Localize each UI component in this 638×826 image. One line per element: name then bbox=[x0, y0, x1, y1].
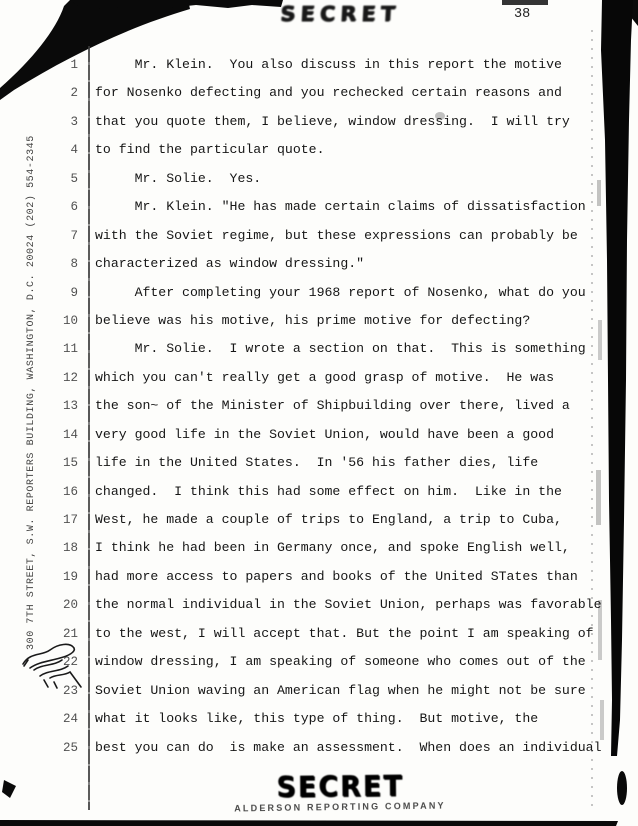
transcript-line: window dressing, I am speaking of someon… bbox=[95, 654, 586, 669]
transcript-line: which you can't really get a good grasp … bbox=[95, 370, 554, 385]
transcript-row: 19had more access to papers and books of… bbox=[58, 562, 628, 590]
transcript-row: 23Soviet Union waving an American flag w… bbox=[58, 676, 628, 704]
transcript-row: 14very good life in the Soviet Union, wo… bbox=[58, 420, 628, 448]
line-number: 4 bbox=[58, 136, 78, 164]
transcript-row: 1 Mr. Klein. You also discuss in this re… bbox=[58, 50, 628, 78]
line-number: 16 bbox=[58, 478, 78, 506]
transcript-line: life in the United States. In '56 his fa… bbox=[95, 455, 538, 470]
transcript-row: 22window dressing, I am speaking of some… bbox=[58, 647, 628, 675]
line-number: 9 bbox=[58, 279, 78, 307]
transcript-row: 9 After completing your 1968 report of N… bbox=[58, 278, 628, 306]
margin-address: 300 7TH STREET, S.W. REPORTERS BUILDING,… bbox=[26, 135, 37, 650]
line-number: 10 bbox=[58, 307, 78, 335]
transcript-row: 3that you quote them, I believe, window … bbox=[58, 107, 628, 135]
line-number: 8 bbox=[58, 250, 78, 278]
line-number: 15 bbox=[58, 449, 78, 477]
scanned-transcript-page: SECRET 38 300 7TH STREET, S.W. REPORTERS… bbox=[0, 0, 638, 826]
line-number: 14 bbox=[58, 421, 78, 449]
transcript-row: 21to the west, I will accept that. But t… bbox=[58, 619, 628, 647]
line-number: 3 bbox=[58, 108, 78, 136]
top-edge-smudge bbox=[502, 0, 548, 5]
transcript-row: 6 Mr. Klein. "He has made certain claims… bbox=[58, 192, 628, 220]
transcript-row: 12which you can't really get a good gras… bbox=[58, 363, 628, 391]
transcript-row: 11 Mr. Solie. I wrote a section on that.… bbox=[58, 334, 628, 362]
line-number: 13 bbox=[58, 392, 78, 420]
line-number: 24 bbox=[58, 705, 78, 733]
line-number: 7 bbox=[58, 222, 78, 250]
line-number: 6 bbox=[58, 193, 78, 221]
bottom-edge-bar bbox=[0, 820, 618, 826]
transcript-row: 4to find the particular quote. bbox=[58, 135, 628, 163]
line-number: 23 bbox=[58, 677, 78, 705]
secret-stamp-top: SECRET bbox=[239, 3, 440, 26]
transcript-body: 1 Mr. Klein. You also discuss in this re… bbox=[58, 50, 628, 761]
line-number: 11 bbox=[58, 335, 78, 363]
transcript-line: to the west, I will accept that. But the… bbox=[95, 626, 594, 641]
transcript-row: 10believe was his motive, his prime moti… bbox=[58, 306, 628, 334]
line-number: 22 bbox=[58, 648, 78, 676]
transcript-row: 13the son~ of the Minister of Shipbuildi… bbox=[58, 391, 628, 419]
line-number: 19 bbox=[58, 563, 78, 591]
transcript-row: 16changed. I think this had some effect … bbox=[58, 477, 628, 505]
transcript-line: Mr. Klein. "He has made certain claims o… bbox=[95, 199, 586, 214]
line-number: 18 bbox=[58, 534, 78, 562]
transcript-line: what it looks like, this type of thing. … bbox=[95, 711, 538, 726]
line-number: 2 bbox=[58, 79, 78, 107]
transcript-line: very good life in the Soviet Union, woul… bbox=[95, 427, 554, 442]
line-number: 1 bbox=[58, 51, 78, 79]
transcript-line: I think he had been in Germany once, and… bbox=[95, 540, 570, 555]
line-number: 20 bbox=[58, 591, 78, 619]
transcript-row: 5 Mr. Solie. Yes. bbox=[58, 164, 628, 192]
transcript-line: the normal individual in the Soviet Unio… bbox=[95, 597, 601, 612]
transcript-line: Mr. Klein. You also discuss in this repo… bbox=[95, 57, 562, 72]
transcript-line: believe was his motive, his prime motive… bbox=[95, 313, 530, 328]
line-number: 17 bbox=[58, 506, 78, 534]
transcript-line: West, he made a couple of trips to Engla… bbox=[95, 512, 562, 527]
transcript-row: 15life in the United States. In '56 his … bbox=[58, 448, 628, 476]
transcript-line: After completing your 1968 report of Nos… bbox=[95, 285, 586, 300]
transcript-row: 7with the Soviet regime, but these expre… bbox=[58, 221, 628, 249]
line-number: 21 bbox=[58, 620, 78, 648]
transcript-line: that you quote them, I believe, window d… bbox=[95, 114, 570, 129]
transcript-row: 25best you can do is make an assessment.… bbox=[58, 733, 628, 761]
transcript-row: 2for Nosenko defecting and you rechecked… bbox=[58, 78, 628, 106]
transcript-row: 24what it looks like, this type of thing… bbox=[58, 704, 628, 732]
transcript-line: for Nosenko defecting and you rechecked … bbox=[95, 85, 562, 100]
transcript-row: 18I think he had been in Germany once, a… bbox=[58, 533, 628, 561]
transcript-line: characterized as window dressing." bbox=[95, 256, 364, 271]
transcript-row: 17West, he made a couple of trips to Eng… bbox=[58, 505, 628, 533]
page-number: 38 bbox=[514, 7, 530, 22]
top-right-blob bbox=[616, 0, 638, 26]
line-number: 12 bbox=[58, 364, 78, 392]
line-number: 5 bbox=[58, 165, 78, 193]
transcript-line: Mr. Solie. I wrote a section on that. Th… bbox=[95, 341, 586, 356]
bottom-left-mark bbox=[2, 780, 16, 798]
transcript-line: changed. I think this had some effect on… bbox=[95, 484, 562, 499]
transcript-line: Mr. Solie. Yes. bbox=[95, 171, 261, 186]
transcript-line: with the Soviet regime, but these expres… bbox=[95, 228, 578, 243]
transcript-row: 20the normal individual in the Soviet Un… bbox=[58, 590, 628, 618]
transcript-row: 8characterized as window dressing." bbox=[58, 249, 628, 277]
line-number: 25 bbox=[58, 734, 78, 762]
transcript-line: had more access to papers and books of t… bbox=[95, 569, 578, 584]
transcript-line: to find the particular quote. bbox=[95, 142, 325, 157]
transcript-line: the son~ of the Minister of Shipbuilding… bbox=[95, 398, 570, 413]
transcript-line: Soviet Union waving an American flag whe… bbox=[95, 683, 586, 698]
transcript-line: best you can do is make an assessment. W… bbox=[95, 740, 601, 755]
